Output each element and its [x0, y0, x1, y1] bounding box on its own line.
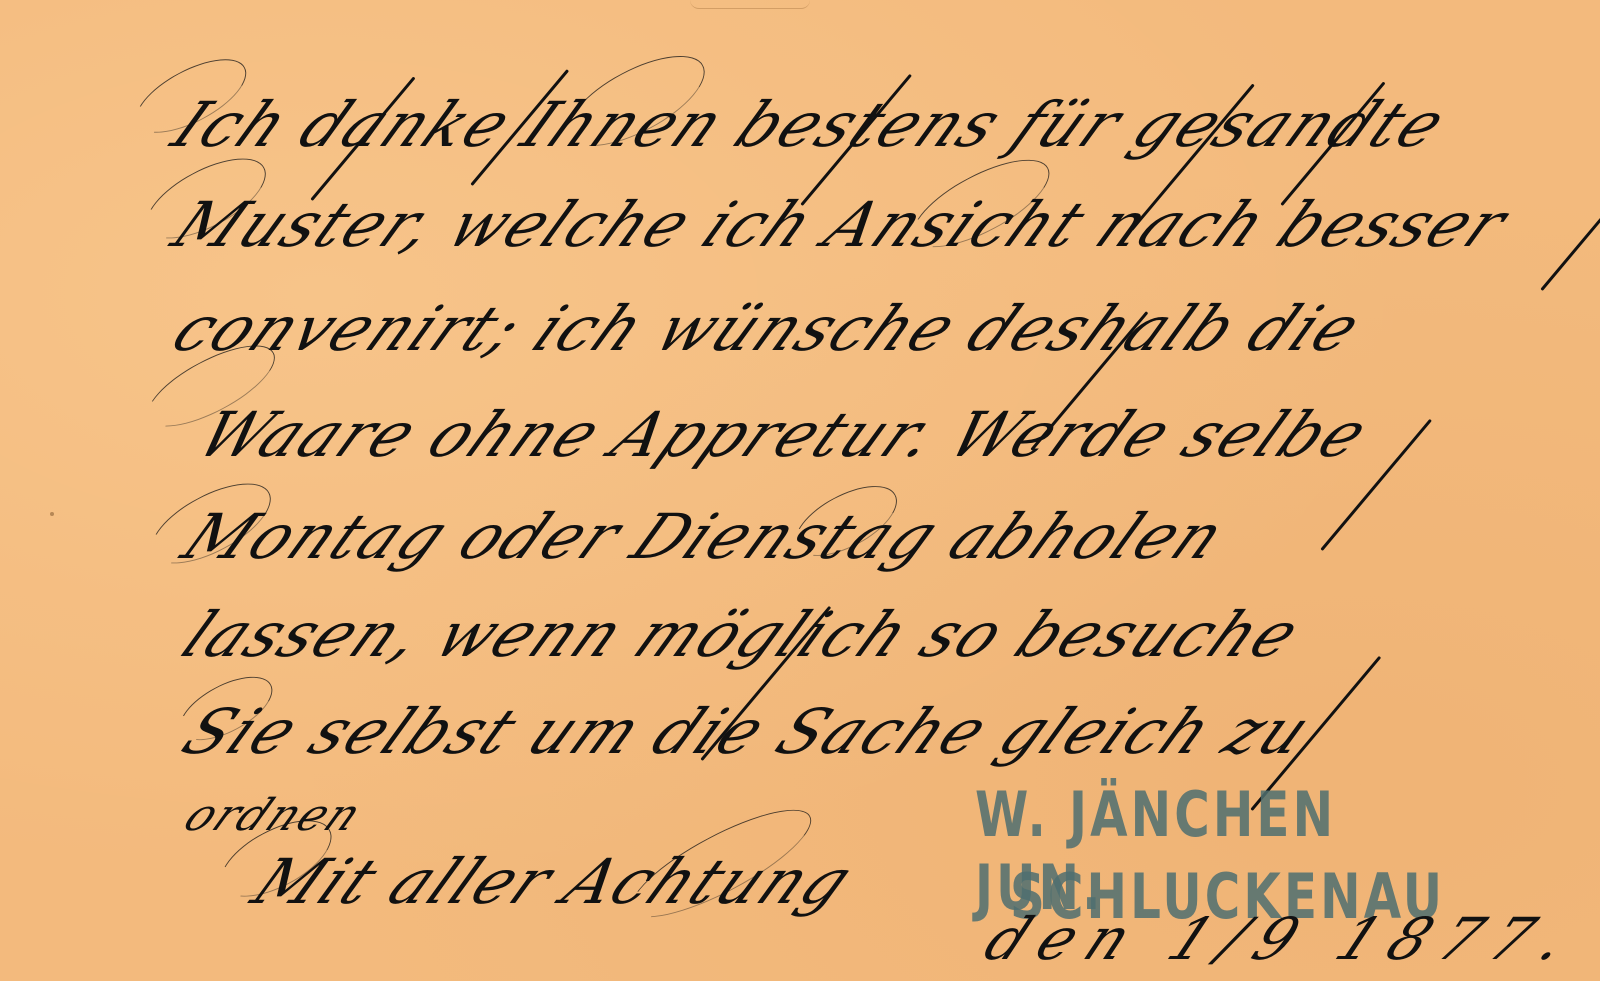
paper-tear [690, 0, 810, 9]
paper-speck [50, 512, 54, 516]
postcard: Ich danke Ihnen bestens für gesandte Mus… [0, 0, 1600, 981]
letter-line-3: convenirt; ich wünsche deshalb die [160, 292, 1376, 365]
letter-line-2: Muster, welche ich Ansicht nach besser [160, 188, 1522, 261]
letter-line-1: Ich danke Ihnen bestens für gesandte [160, 88, 1461, 161]
letter-line-7: Sie selbst um die Sache gleich zu [170, 695, 1326, 768]
letter-line-5: Montag oder Dienstag abholen [170, 500, 1240, 573]
closing-line: Mit aller Achtung [240, 845, 867, 918]
letter-line-6: lassen, wenn möglich so besuche [170, 598, 1315, 671]
ascender-stroke [1540, 197, 1600, 291]
handwritten-date: den 1/9 1877. [974, 905, 1593, 973]
letter-line-4: Waare ohne Appretur. Werde selbe [185, 398, 1383, 471]
letter-line-8: ordnen [175, 790, 373, 841]
